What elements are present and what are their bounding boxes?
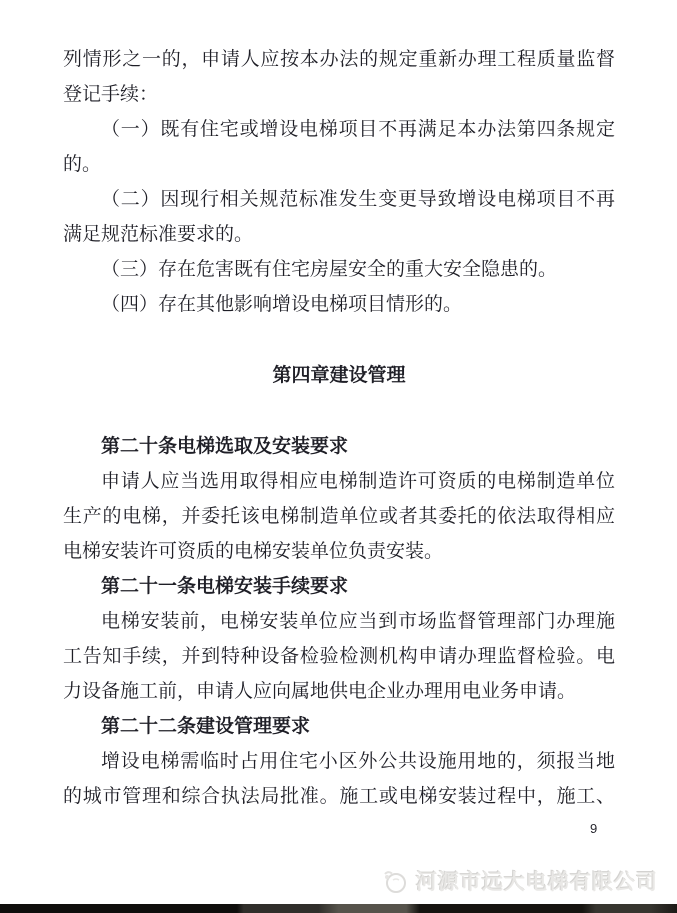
watermark-company-name: 河源市远大电梯有限公司 xyxy=(416,866,658,896)
document-line: （一）既有住宅或增设电梯项目不再满足本办法第四条规定 xyxy=(63,112,615,147)
document-line: 申请人应当选用取得相应电梯制造许可资质的电梯制造单位 xyxy=(63,464,615,499)
document-line: 电梯安装前，电梯安装单位应当到市场监督管理部门办理施 xyxy=(63,604,615,639)
next-page-edge xyxy=(0,904,677,913)
company-logo-icon xyxy=(381,867,409,895)
document-line: 列情形之一的，申请人应按本办法的规定重新办理工程质量监督 xyxy=(63,42,615,77)
chapter-heading: 第四章建设管理 xyxy=(63,358,615,393)
article-heading: 第二十二条建设管理要求 xyxy=(63,709,615,744)
document-page: 列情形之一的，申请人应按本办法的规定重新办理工程质量监督登记手续：（一）既有住宅… xyxy=(0,0,677,913)
article-heading: 第二十一条电梯安装手续要求 xyxy=(63,569,615,604)
article-heading: 第二十条电梯选取及安装要求 xyxy=(63,429,615,464)
document-line: 登记手续： xyxy=(63,77,615,112)
document-body: 列情形之一的，申请人应按本办法的规定重新办理工程质量监督登记手续：（一）既有住宅… xyxy=(63,42,615,814)
document-line: 增设电梯需临时占用住宅小区外公共设施用地的，须报当地 xyxy=(63,744,615,779)
document-line: 生产的电梯，并委托该电梯制造单位或者其委托的依法取得相应 xyxy=(63,499,615,534)
document-line: 工告知手续，并到特种设备检验检测机构申请办理监督检验。电 xyxy=(63,639,615,674)
document-line: （四）存在其他影响增设电梯项目情形的。 xyxy=(63,287,615,322)
document-line: （三）存在危害既有住宅房屋安全的重大安全隐患的。 xyxy=(63,252,615,287)
document-line: （二）因现行相关规范标准发生变更导致增设电梯项目不再 xyxy=(63,182,615,217)
watermark: 河源市远大电梯有限公司 xyxy=(381,866,658,896)
document-line: 力设备施工前，申请人应向属地供电企业办理用电业务申请。 xyxy=(63,674,615,709)
document-line: 的。 xyxy=(63,147,615,182)
page-number: 9 xyxy=(590,820,597,838)
document-line: 满足规范标准要求的。 xyxy=(63,217,615,252)
document-line: 电梯安装许可资质的电梯安装单位负责安装。 xyxy=(63,534,615,569)
document-line: 的城市管理和综合执法局批准。施工或电梯安装过程中，施工、 xyxy=(63,779,615,814)
